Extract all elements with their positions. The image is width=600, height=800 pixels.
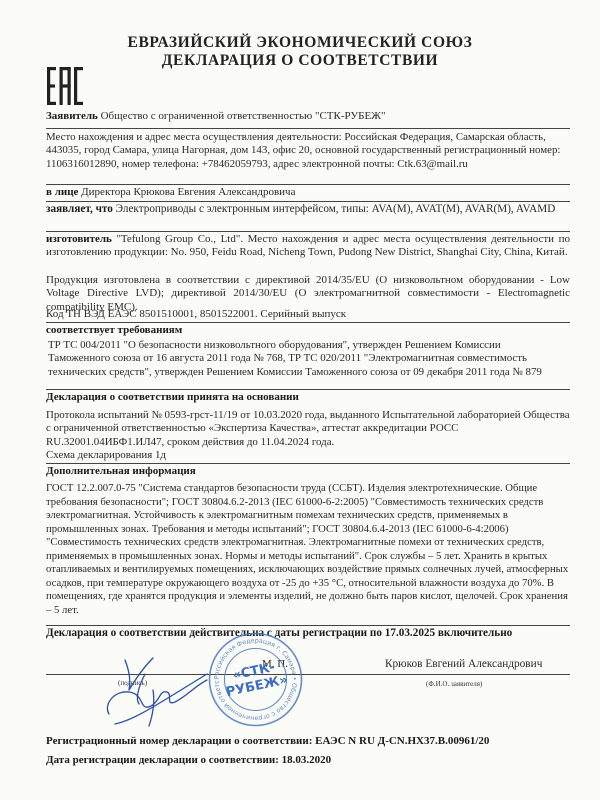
address-section: Место нахождения и адрес места осуществл… (46, 131, 570, 171)
company-seal-stamp: Российская Федерация г. Самара • Обществ… (208, 632, 303, 727)
basis-label: Декларация о соответствии принята на осн… (46, 391, 570, 404)
registration-date-value: 18.03.2020 (282, 754, 332, 766)
additional-info-value: ГОСТ 12.2.007.0-75 "Система стандартов б… (46, 482, 570, 617)
name-caption: (Ф.И.О. заявителя) (426, 678, 526, 691)
divider (46, 322, 570, 323)
requirements-value: ТР ТС 004/2011 "О безопасности низковоль… (48, 339, 558, 379)
manufacturer-section: изготовитель "Tefulong Group Co., Ltd". … (46, 233, 570, 260)
registration-number-label: Регистрационный номер декларации о соотв… (46, 735, 312, 747)
declares-section: заявляет, что Электроприводы с электронн… (46, 203, 570, 216)
tn-ved-code: Код ТН ВЭД ЕАЭС 8501510001, 8501522001. … (46, 308, 570, 321)
divider (46, 201, 570, 202)
declaration-scheme: Схема декларирования 1д (46, 449, 570, 462)
requirements-label: соответствует требованиям (46, 324, 570, 337)
applicant-section: Заявитель Общество с ограниченной ответс… (46, 110, 570, 123)
representative-value: Директора Крюкова Евгения Александровича (81, 186, 295, 198)
registration-date-line: Дата регистрации декларации о соответств… (46, 754, 570, 767)
registration-number-line: Регистрационный номер декларации о соотв… (46, 735, 586, 748)
registration-date-label: Дата регистрации декларации о соответств… (46, 754, 279, 766)
divider (46, 389, 570, 390)
validity-statement: Декларация о соответствии действительна … (46, 627, 570, 640)
union-title: ЕВРАЗИЙСКИЙ ЭКОНОМИЧЕСКИЙ СОЮЗ (0, 34, 600, 52)
product-description: Электроприводы с электронным интерфейсом… (116, 203, 556, 215)
applicant-label: Заявитель (46, 110, 98, 122)
divider (46, 463, 570, 464)
declares-label: заявляет, что (46, 203, 113, 215)
divider (46, 231, 570, 232)
registration-number-value: ЕАЭС N RU Д-CN.НХ37.В.00961/20 (315, 735, 489, 747)
manufacturer-label: изготовитель (46, 233, 112, 245)
representative-section: в лице Директора Крюкова Евгения Алексан… (46, 186, 570, 199)
applicant-full-name: Крюков Евгений Александрович (385, 658, 585, 671)
representative-label: в лице (46, 186, 78, 198)
manufacturer-value: "Tefulong Group Co., Ltd". Место нахожде… (46, 233, 570, 258)
divider (46, 625, 570, 626)
document-title: ДЕКЛАРАЦИЯ О СООТВЕТСТВИИ (0, 52, 600, 70)
additional-info-label: Дополнительная информация (46, 465, 570, 478)
divider (46, 128, 570, 129)
divider (46, 184, 570, 185)
signature-icon (95, 640, 210, 730)
declaration-document: ЕВРАЗИЙСКИЙ ЭКОНОМИЧЕСКИЙ СОЮЗ ДЕКЛАРАЦИ… (0, 0, 600, 800)
basis-value: Протокола испытаний № 0593-грст-11/19 от… (46, 409, 570, 449)
applicant-value: Общество с ограниченной ответственностью… (101, 110, 386, 122)
eac-logo-icon (47, 67, 83, 105)
